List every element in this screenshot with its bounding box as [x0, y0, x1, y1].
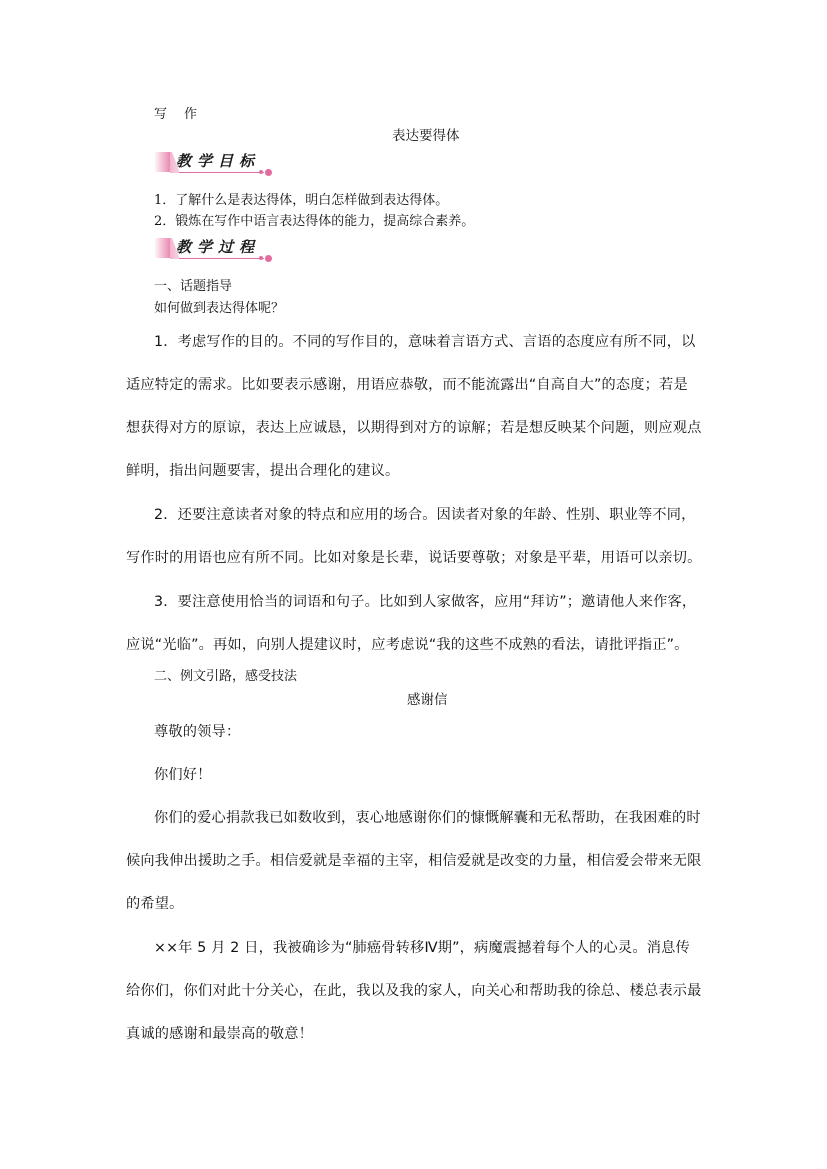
process-banner: 教学过程: [154, 236, 274, 266]
process-heading: 教学过程: [176, 236, 260, 257]
para3-line-2: 应说“光临”。再如，向别人提建议时，应考虑说“我的这些不成熟的看法，请批评指正”…: [126, 634, 689, 654]
objectives-banner: 教学目标: [154, 150, 274, 180]
para1-line-3: 想获得对方的原谅，表达上应诚恳，以期得到对方的谅解；若是想反映某个问题，则应观点: [126, 417, 702, 437]
para1-line-1: 1．考虑写作的目的。不同的写作目的，意味着言语方式、言语的态度应有所不同，以: [154, 331, 696, 351]
para1-line-2: 适应特定的需求。比如要表示感谢，用语应恭敬，而不能流露出“自高自大”的态度；若是: [126, 374, 688, 394]
letter-para1-line-3: 的希望。: [126, 893, 184, 913]
letter-para2-line-3: 真诚的感谢和最崇高的敬意！: [126, 1023, 313, 1043]
banner-gradient: [154, 238, 170, 258]
para2-line-1: 2．还要注意读者对象的特点和应用的场合。因读者对象的年龄、性别、职业等不同，: [154, 504, 696, 524]
part1-question: 如何做到表达得体呢？: [154, 297, 284, 316]
objectives-heading: 教学目标: [176, 150, 260, 171]
para1-line-4: 鲜明，指出问题要害，提出合理化的建议。: [126, 460, 399, 480]
letter-para1-line-2: 候向我伸出援助之手。相信爱就是幸福的主宰，相信爱就是改变的力量，相信爱会带来无限: [126, 850, 702, 870]
part2-heading: 二、例文引路，感受技法: [154, 665, 297, 684]
banner-dot-large-icon: [265, 255, 272, 262]
objective-item-1: 1．了解什么是表达得体，明白怎样做到表达得体。: [154, 189, 448, 208]
letter-para2-line-1: ××年 5 月 2 日，我被确诊为“肺癌骨转移Ⅳ期”，病魔震撼着每个人的心灵。消…: [154, 937, 690, 957]
letter-title: 感谢信: [407, 688, 448, 708]
part1-heading: 一、话题指导: [154, 275, 232, 294]
letter-para1-line-1: 你们的爱心捐款我已如数收到，衷心地感谢你们的慷慨解囊和无私帮助，在我困难的时: [154, 807, 701, 827]
banner-underline: [179, 258, 264, 259]
letter-para2-line-2: 给你们，你们对此十分关心，在此，我以及我的家人，向关心和帮助我的徐总、楼总表示最: [126, 980, 702, 1000]
letter-salutation: 尊敬的领导：: [154, 721, 240, 741]
objective-item-2: 2．锻炼在写作中语言表达得体的能力，提高综合素养。: [154, 210, 474, 229]
letter-greeting: 你们好！: [154, 764, 212, 784]
section-label: 写 作: [154, 103, 199, 122]
banner-dot-large-icon: [265, 169, 272, 176]
page-title: 表达要得体: [392, 124, 460, 144]
banner-underline: [179, 172, 264, 173]
para2-line-2: 写作时的用语也应有所不同。比如对象是长辈，说话要尊敬；对象是平辈，用语可以亲切。: [126, 547, 702, 567]
para3-line-1: 3．要注意使用恰当的词语和句子。比如到人家做客，应用“拜访”；邀请他人来作客，: [154, 591, 696, 611]
banner-gradient: [154, 152, 170, 172]
